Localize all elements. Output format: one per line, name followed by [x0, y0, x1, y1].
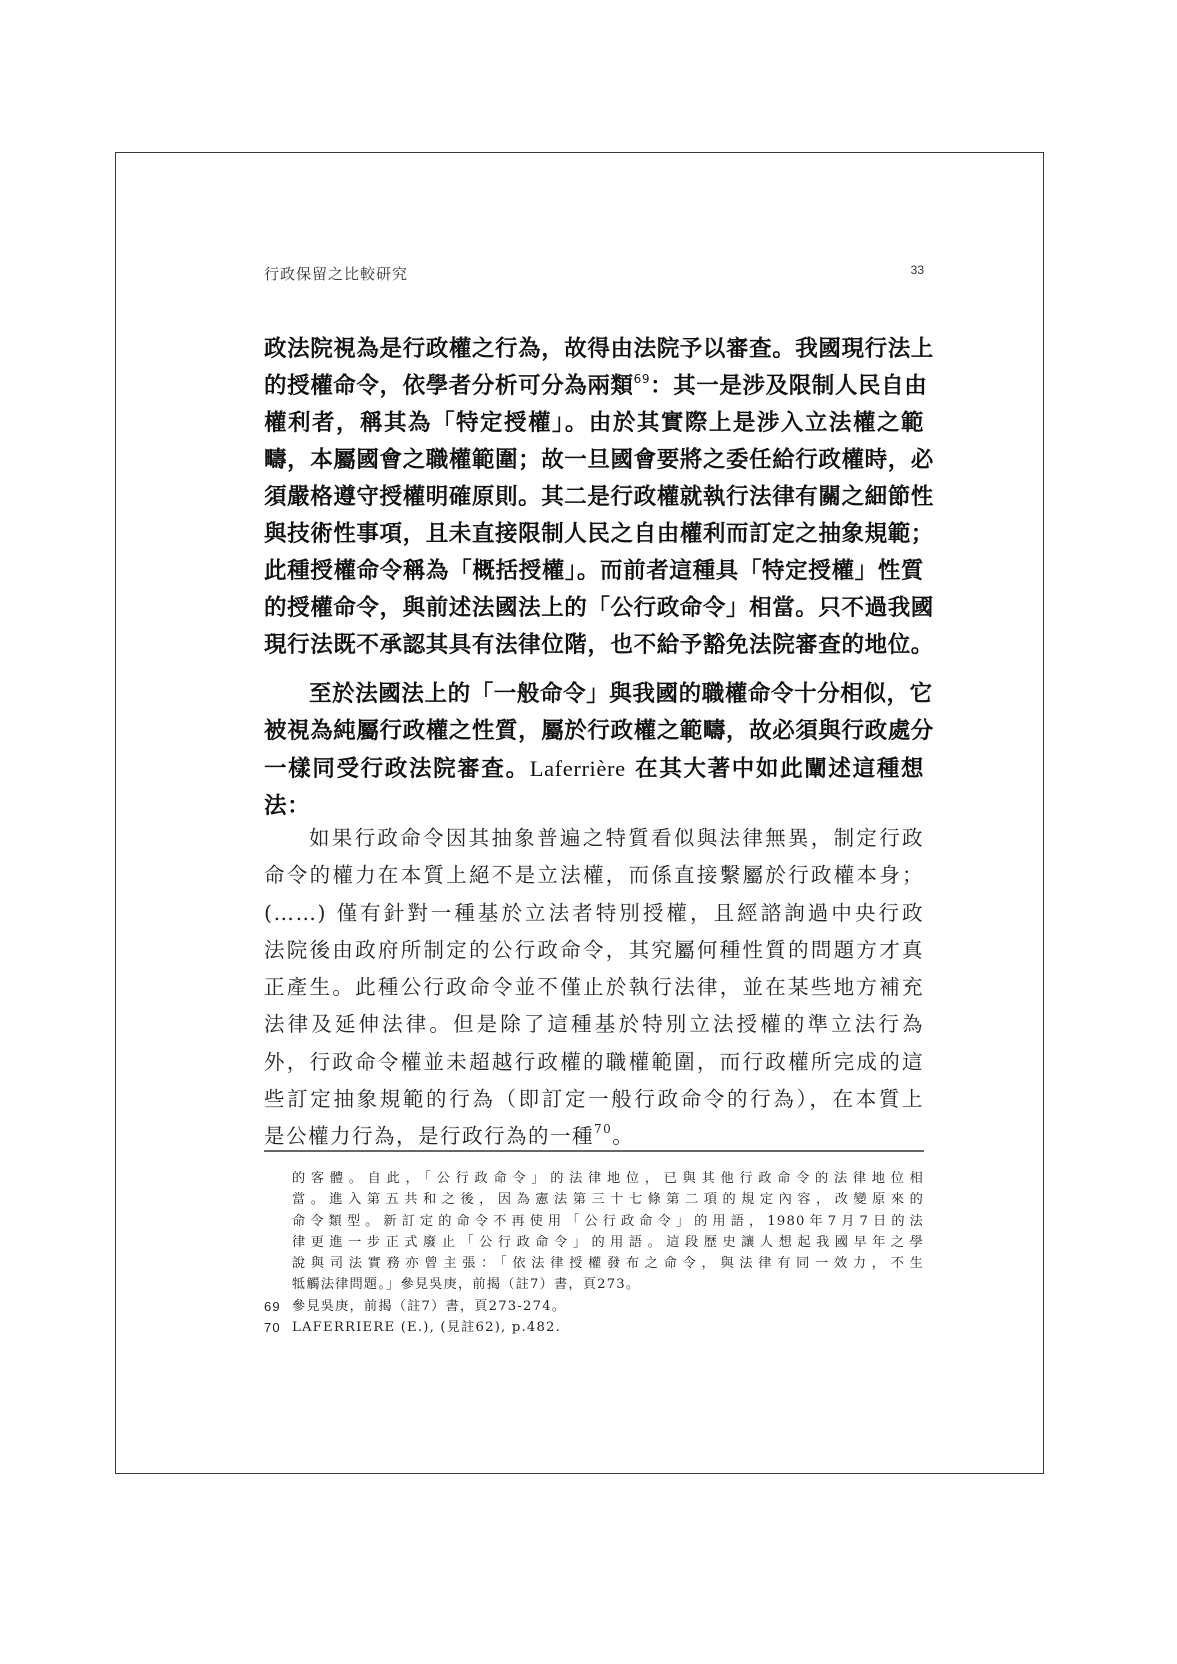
- footnote-line: 律更進一步正式廢止「公行政命令」的用語。這段歷史讓人想起我國早年之學: [292, 1232, 924, 1253]
- quote-line: 法律及延伸法律。但是除了這種基於特別立法授權的準立法行為: [264, 1006, 924, 1043]
- author-name: Laferrière: [530, 756, 626, 781]
- text-line: 權利者，稱其為「特定授權」。由於其實際上是涉入立法權之範: [264, 405, 924, 442]
- running-header: 行政保留之比較研究 33: [264, 263, 924, 285]
- footnote-number: 69: [264, 1296, 292, 1317]
- paragraph-2: 至於法國法上的「一般命令」與我國的職權命令十分相似，它 被視為純屬行政權之性質，…: [264, 676, 924, 825]
- footnote-line: 牴觸法律問題。」參見吳庚，前揭（註7）書，頁273。: [292, 1274, 924, 1295]
- footnote-continuation: 的客體。自此，「公行政命令」的法律地位，已與其他行政命令的法律地位相 當。進入第…: [264, 1168, 924, 1296]
- footnote-text: LAFERRIERE (E.), (見註62), p.482.: [292, 1317, 561, 1338]
- footnote-number: 70: [264, 1317, 292, 1338]
- footnote-separator: [264, 1150, 924, 1152]
- quote-line: 些訂定抽象規範的行為（即訂定一般行政命令的行為），在本質上: [264, 1081, 924, 1118]
- text-line: 疇，本屬國會之職權範圍；故一旦國會要將之委任給行政權時，必: [264, 442, 924, 479]
- footnote-69: 69 參見吳庚，前揭（註7）書，頁273-274。: [264, 1296, 924, 1317]
- text-line: 一樣同受行政法院審查。Laferrière 在其大著中如此闡述這種想: [264, 750, 924, 788]
- footnote-70: 70 LAFERRIERE (E.), (見註62), p.482.: [264, 1317, 924, 1338]
- block-quote: 如果行政命令因其抽象普遍之特質看似與法律無異，制定行政 命令的權力在本質上絕不是…: [264, 820, 924, 1156]
- running-title: 行政保留之比較研究: [264, 263, 408, 284]
- footnotes: 的客體。自此，「公行政命令」的法律地位，已與其他行政命令的法律地位相 當。進入第…: [264, 1168, 924, 1338]
- footnote-line: 當。進入第五共和之後，因為憲法第三十七條第二項的規定內容，改變原來的: [292, 1189, 924, 1210]
- body-text: 政法院視為是行政權之行為，故得由法院予以審查。我國現行法上 的授權命令，依學者分…: [264, 331, 924, 825]
- quote-line: (……) 僅有針對一種基於立法者特別授權，且經諮詢過中央行政: [264, 895, 924, 932]
- footnote-line: 命令類型。新訂定的命令不再使用「公行政命令」的用語，1980年7月7日的法: [292, 1211, 924, 1232]
- text-line: 被視為純屬行政權之性質，屬於行政權之範疇，故必須與行政處分: [264, 713, 924, 750]
- text-line: 現行法既不承認其具有法律位階，也不給予豁免法院審查的地位。: [264, 627, 924, 664]
- quote-line: 如果行政命令因其抽象普遍之特質看似與法律無異，制定行政: [264, 820, 924, 857]
- footnote-text: 參見吳庚，前揭（註7）書，頁273-274。: [292, 1296, 566, 1317]
- quote-line: 正產生。此種公行政命令並不僅止於執行法律，並在某些地方補充: [264, 969, 924, 1006]
- footnote-line: 的客體。自此，「公行政命令」的法律地位，已與其他行政命令的法律地位相: [292, 1168, 924, 1189]
- quote-line: 法院後由政府所制定的公行政命令，其究屬何種性質的問題方才真: [264, 932, 924, 969]
- text-line: 須嚴格遵守授權明確原則。其二是行政權就執行法律有關之細節性: [264, 479, 924, 516]
- quote-line: 命令的權力在本質上絕不是立法權，而係直接繫屬於行政權本身；: [264, 857, 924, 894]
- page-number: 33: [911, 263, 924, 277]
- footnote-line: 說與司法實務亦曾主張：「依法律授權發布之命令，與法律有同一效力，不生: [292, 1253, 924, 1274]
- text-line: 的授權命令，依學者分析可分為兩類69：其一是涉及限制人民自由: [264, 368, 924, 405]
- paragraph-1: 政法院視為是行政權之行為，故得由法院予以審查。我國現行法上 的授權命令，依學者分…: [264, 331, 924, 664]
- text-line: 此種授權命令稱為「概括授權」。而前者這種具「特定授權」性質: [264, 553, 924, 590]
- text-line: 與技術性事項，且未直接限制人民之自由權利而訂定之抽象規範；: [264, 516, 924, 553]
- quote-line: 外，行政命令權並未超越行政權的職權範圍，而行政權所完成的這: [264, 1044, 924, 1081]
- text-line: 的授權命令，與前述法國法上的「公行政命令」相當。只不過我國: [264, 590, 924, 627]
- text-line: 政法院視為是行政權之行為，故得由法院予以審查。我國現行法上: [264, 331, 924, 368]
- footnote-ref-69[interactable]: 69: [634, 372, 650, 386]
- text-line: 至於法國法上的「一般命令」與我國的職權命令十分相似，它: [264, 676, 924, 713]
- footnote-ref-70[interactable]: 70: [594, 1122, 612, 1136]
